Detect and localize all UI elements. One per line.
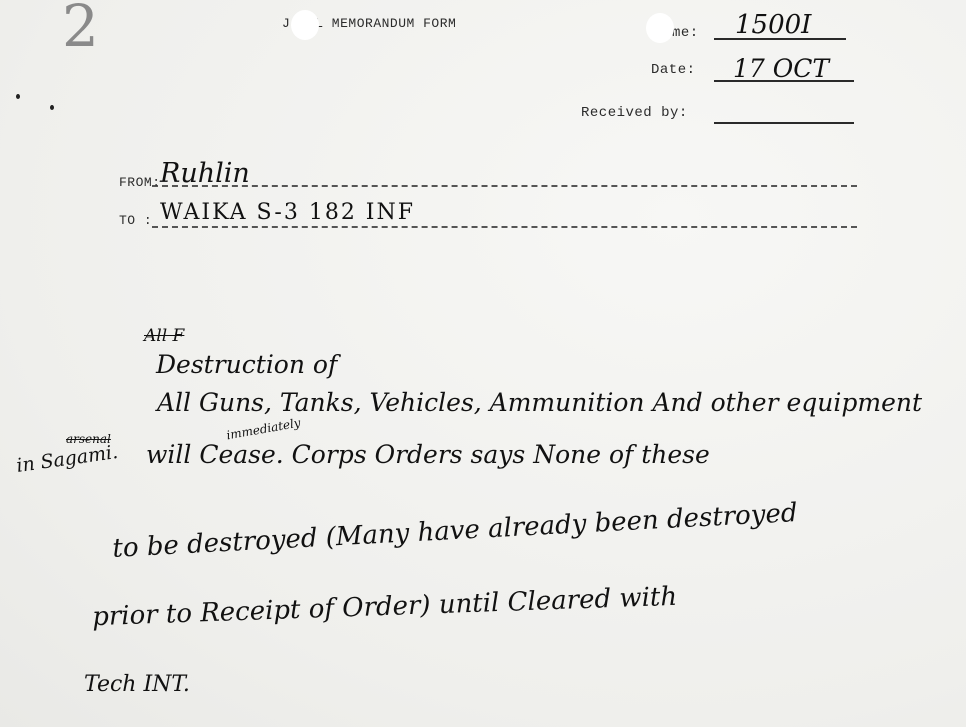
message-line-5: prior to Receipt of Order) until Cleared… — [92, 582, 678, 632]
punch-hole — [291, 10, 319, 40]
message-line-4: to be destroyed (Many have already been … — [112, 498, 799, 564]
insert-above: immediately — [225, 416, 301, 443]
stray-mark — [16, 94, 20, 99]
from-label: FROM: — [119, 175, 161, 190]
margin-pencil-mark: 2 — [62, 0, 99, 60]
message-line-3: will Cease. Corps Orders says None of th… — [146, 440, 710, 469]
date-label: Date: — [651, 62, 696, 78]
message-line-1: Destruction of — [156, 350, 337, 379]
from-underline — [152, 185, 857, 187]
time-label: me: — [672, 25, 699, 41]
insert-struck: arsenal — [66, 432, 111, 446]
struck-text: All F — [144, 326, 184, 346]
memorandum-page: 2 J NAL MEMORANDUM FORM me: 1500I Date: … — [0, 0, 966, 727]
date-field[interactable]: 17 OCT — [733, 54, 829, 83]
to-underline — [152, 226, 857, 228]
received-by-field[interactable] — [714, 122, 854, 124]
to-field[interactable]: WAIKA S-3 182 INF — [160, 200, 415, 225]
punch-hole — [646, 13, 674, 43]
time-field[interactable]: 1500I — [735, 10, 811, 40]
stray-mark — [50, 105, 54, 110]
message-line-2: All Guns, Tanks, Vehicles, Ammunition An… — [157, 388, 922, 417]
to-label: TO : — [119, 213, 152, 228]
from-field[interactable]: Ruhlin — [160, 158, 250, 189]
message-line-6: Tech INT. — [84, 672, 190, 697]
insert-left: in Sagami. — [15, 441, 119, 477]
received-by-label: Received by: — [581, 105, 688, 121]
